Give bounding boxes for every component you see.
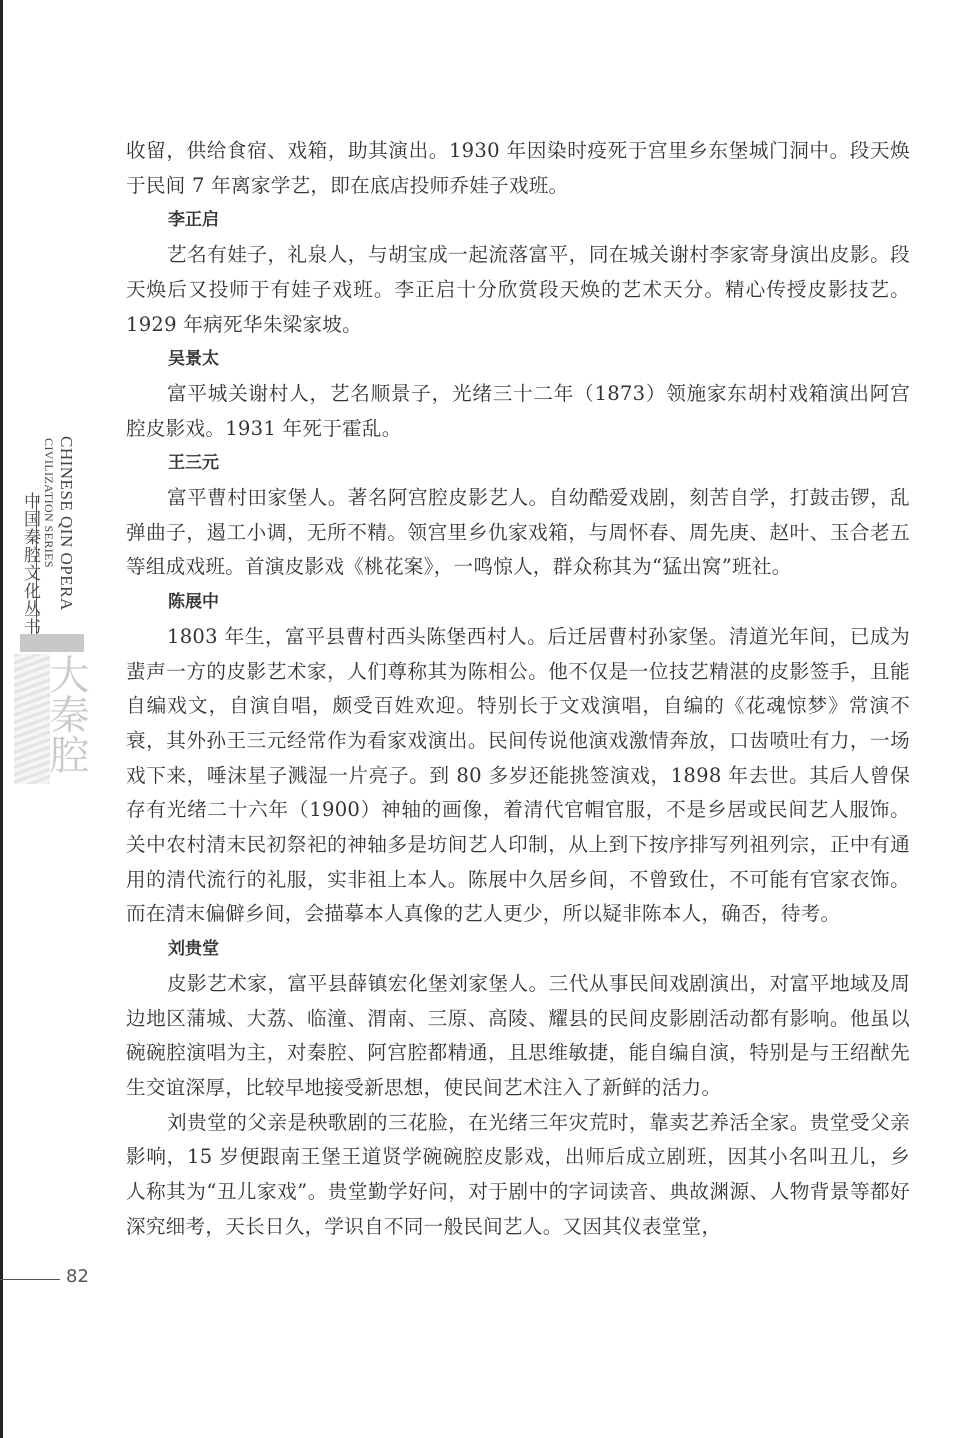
logo-text: 大秦腔 — [44, 654, 88, 774]
paragraph: 富平城关谢村人，艺名顺景子，光绪三十二年（1873）领施家东胡村戏箱演出阿宫腔皮… — [126, 377, 910, 446]
paragraph: 富平曹村田家堡人。著名阿宫腔皮影艺人。自幼酷爱戏剧，刻苦自学，打鼓击锣，乱弹曲子… — [126, 481, 910, 585]
section-heading: 吴景太 — [126, 342, 910, 377]
section-heading: 李正启 — [126, 203, 910, 238]
page-number-rule — [0, 1279, 60, 1280]
page-number: 82 — [66, 1266, 89, 1287]
series-title-cn: 中国秦腔文化丛书 — [18, 492, 43, 636]
section-heading: 刘贵堂 — [126, 932, 910, 967]
paragraph: 艺名有娃子，礼泉人，与胡宝成一起流落富平，同在城关谢村李家寄身演出皮影。段天焕后… — [126, 238, 910, 342]
page-edge-border — [0, 0, 3, 1438]
paragraph: 收留，供给食宿、戏箱，助其演出。1930 年因染时疫死于宫里乡东堡城门洞中。段天… — [126, 134, 910, 203]
series-subtitle-en: CIVILIZATION SERIES — [41, 438, 56, 568]
series-sidebar: CHINESE QIN OPERA CIVILIZATION SERIES 中国… — [14, 436, 84, 796]
series-logo: 大秦腔 — [14, 654, 90, 794]
section-heading: 陈展中 — [126, 585, 910, 620]
series-title-en: CHINESE QIN OPERA — [56, 436, 76, 611]
paragraph: 刘贵堂的父亲是秧歌剧的三花脸，在光绪三年灾荒时，靠卖艺养活全家。贵堂受父亲影响，… — [126, 1106, 910, 1245]
sidebar-gray-bar — [20, 634, 84, 652]
paragraph: 皮影艺术家，富平县薛镇宏化堡刘家堡人。三代从事民间戏剧演出，对富平地域及周边地区… — [126, 967, 910, 1106]
main-text: 收留，供给食宿、戏箱，助其演出。1930 年因染时疫死于宫里乡东堡城门洞中。段天… — [126, 134, 910, 1245]
paragraph: 1803 年生，富平县曹村西头陈堡西村人。后迁居曹村孙家堡。清道光年间，已成为蜚… — [126, 620, 910, 932]
section-heading: 王三元 — [126, 446, 910, 481]
